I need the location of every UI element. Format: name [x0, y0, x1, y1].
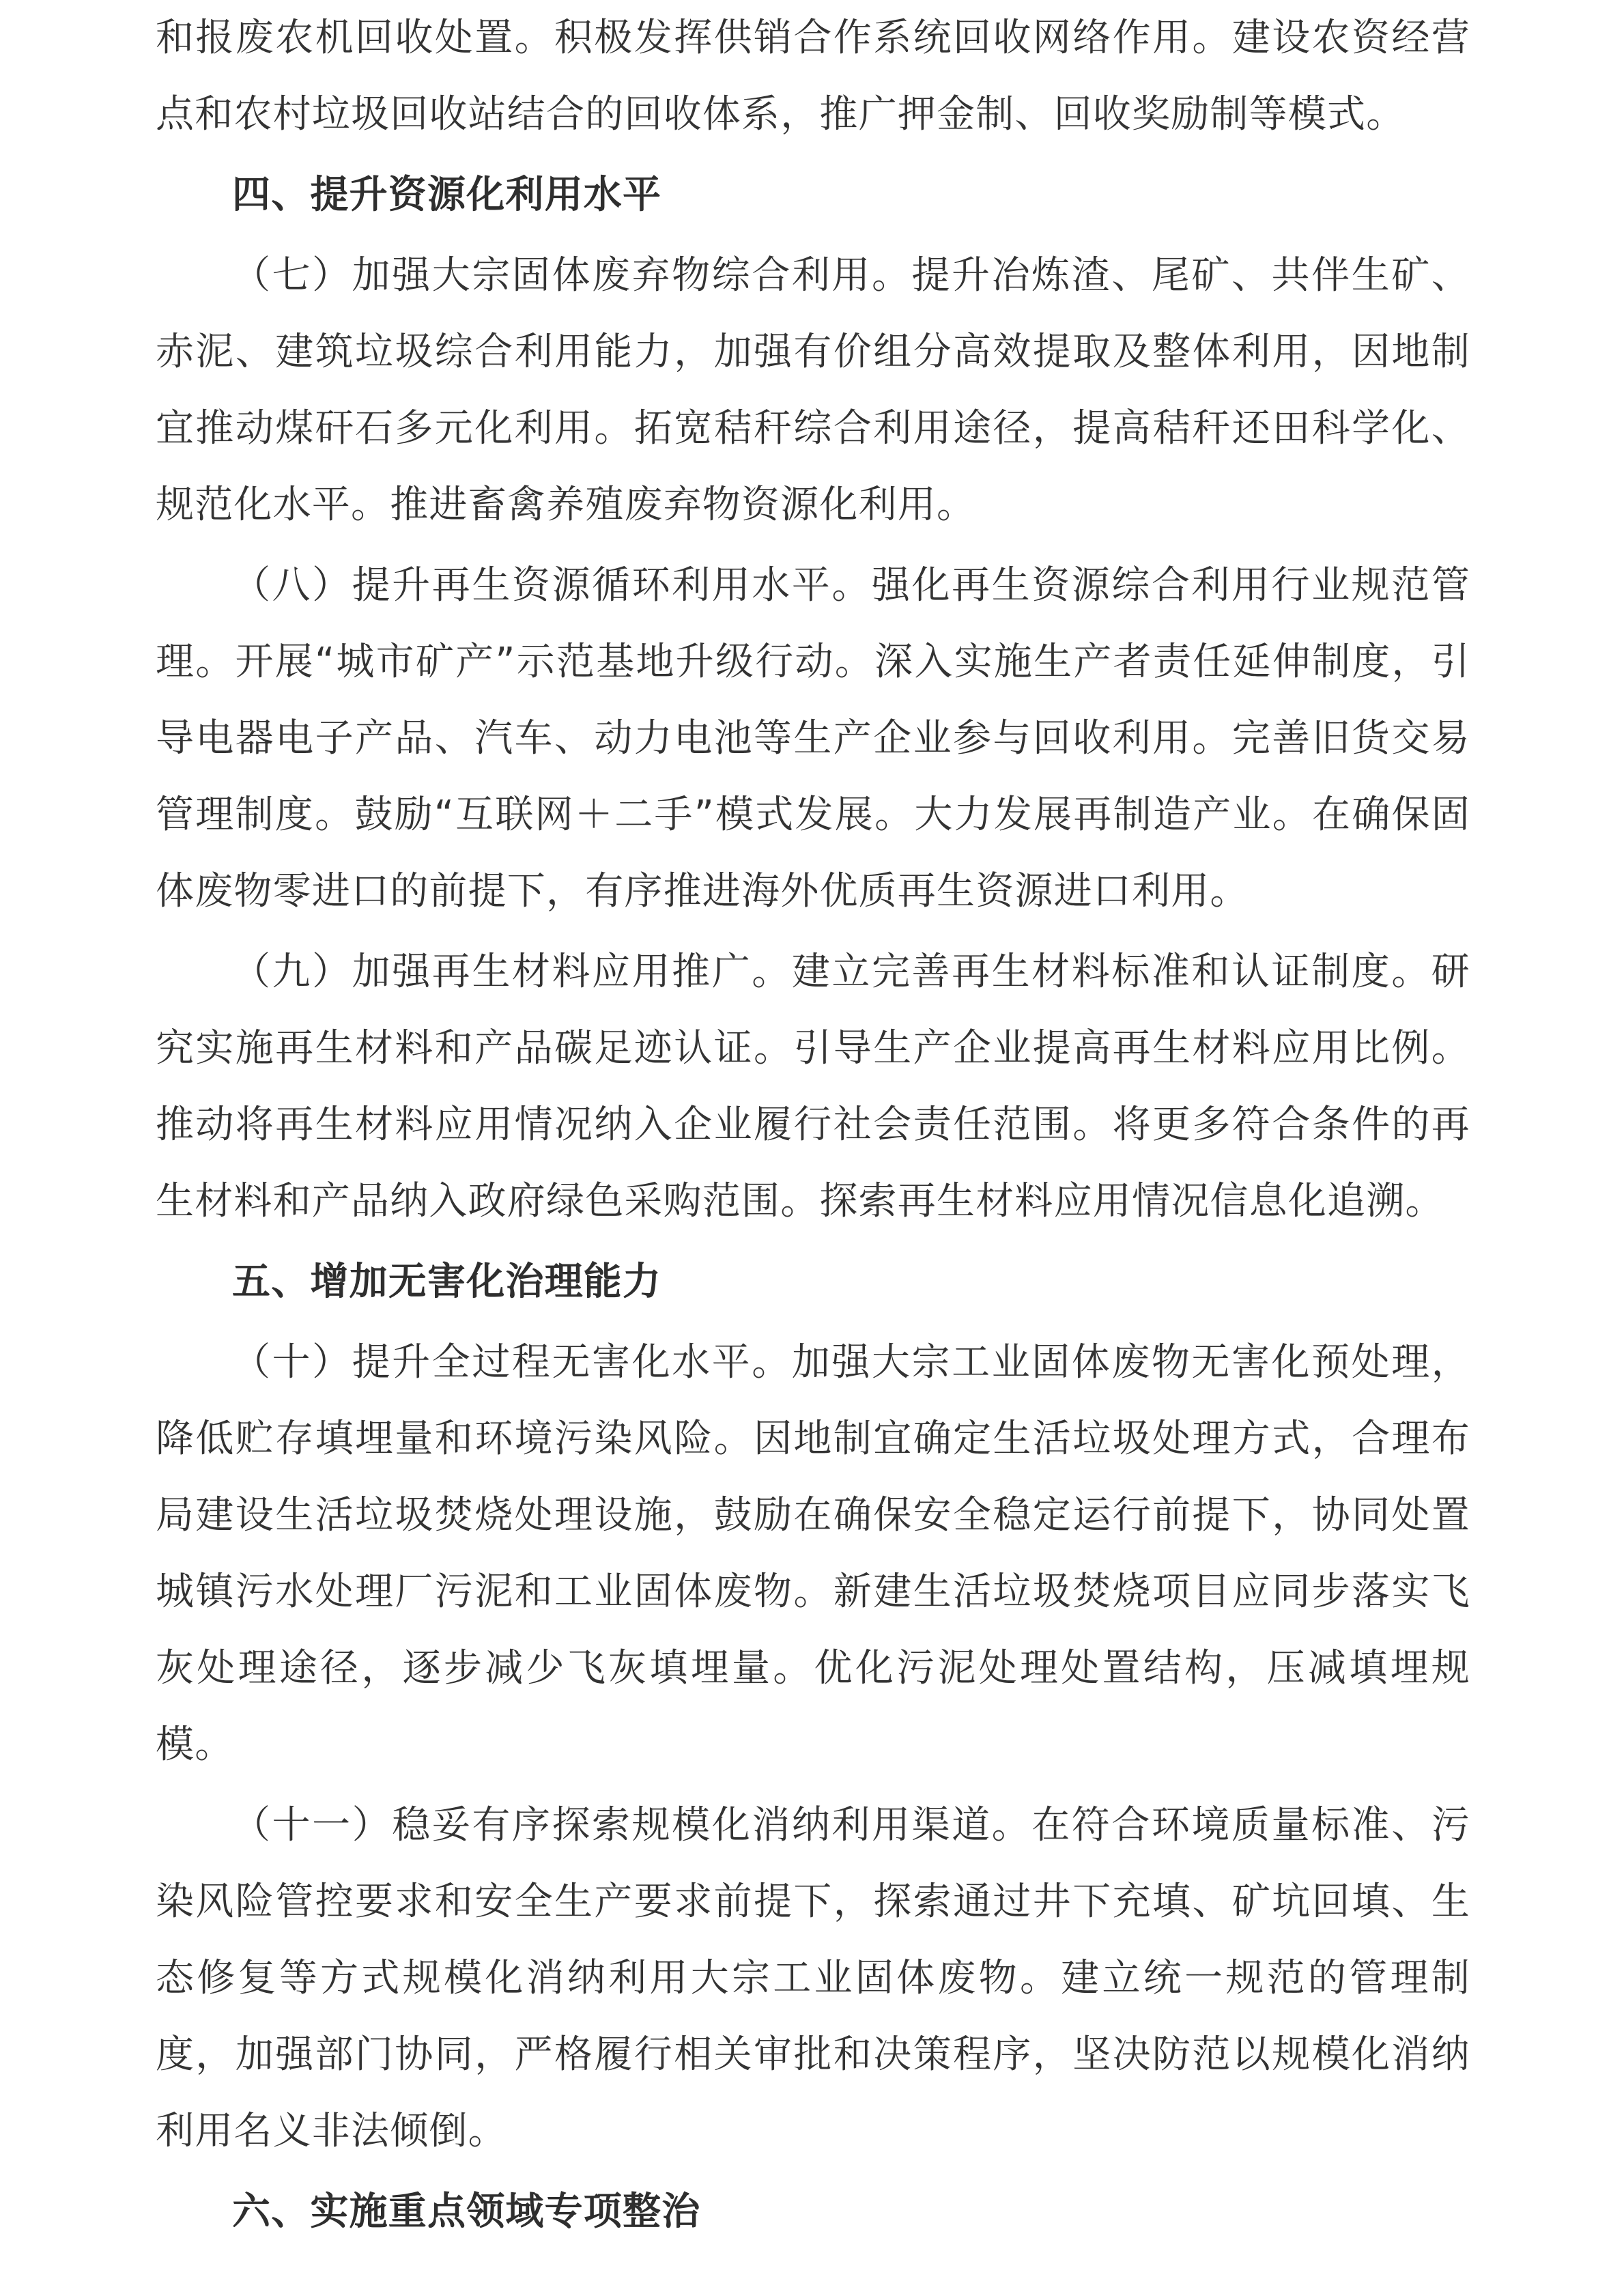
paragraph-continuation: 和报废农机回收处置。积极发挥供销合作系统回收网络作用。建设农资经营点和农村垃圾回… [156, 0, 1470, 153]
section-heading-6: 六、实施重点领域专项整治 [156, 2174, 1470, 2250]
paragraph-item-9: （九）加强再生材料应用推广。建立完善再生材料标准和认证制度。研究实施再生材料和产… [156, 934, 1470, 1240]
section-heading-5: 五、增加无害化治理能力 [156, 1244, 1470, 1320]
paragraph-item-10: （十）提升全过程无害化水平。加强大宗工业固体废物无害化预处理，降低贮存填埋量和环… [156, 1324, 1470, 1783]
paragraph-item-7: （七）加强大宗固体废弃物综合利用。提升冶炼渣、尾矿、共伴生矿、赤泥、建筑垃圾综合… [156, 238, 1470, 543]
paragraph-item-8: （八）提升再生资源循环利用水平。强化再生资源综合利用行业规范管理。开展“城市矿产… [156, 548, 1470, 930]
document-page: 和报废农机回收处置。积极发挥供销合作系统回收网络作用。建设农资经营点和农村垃圾回… [156, 0, 1470, 2254]
paragraph-item-11: （十一）稳妥有序探索规模化消纳利用渠道。在符合环境质量标准、污染风险管控要求和安… [156, 1787, 1470, 2170]
section-heading-4: 四、提升资源化利用水平 [156, 157, 1470, 233]
